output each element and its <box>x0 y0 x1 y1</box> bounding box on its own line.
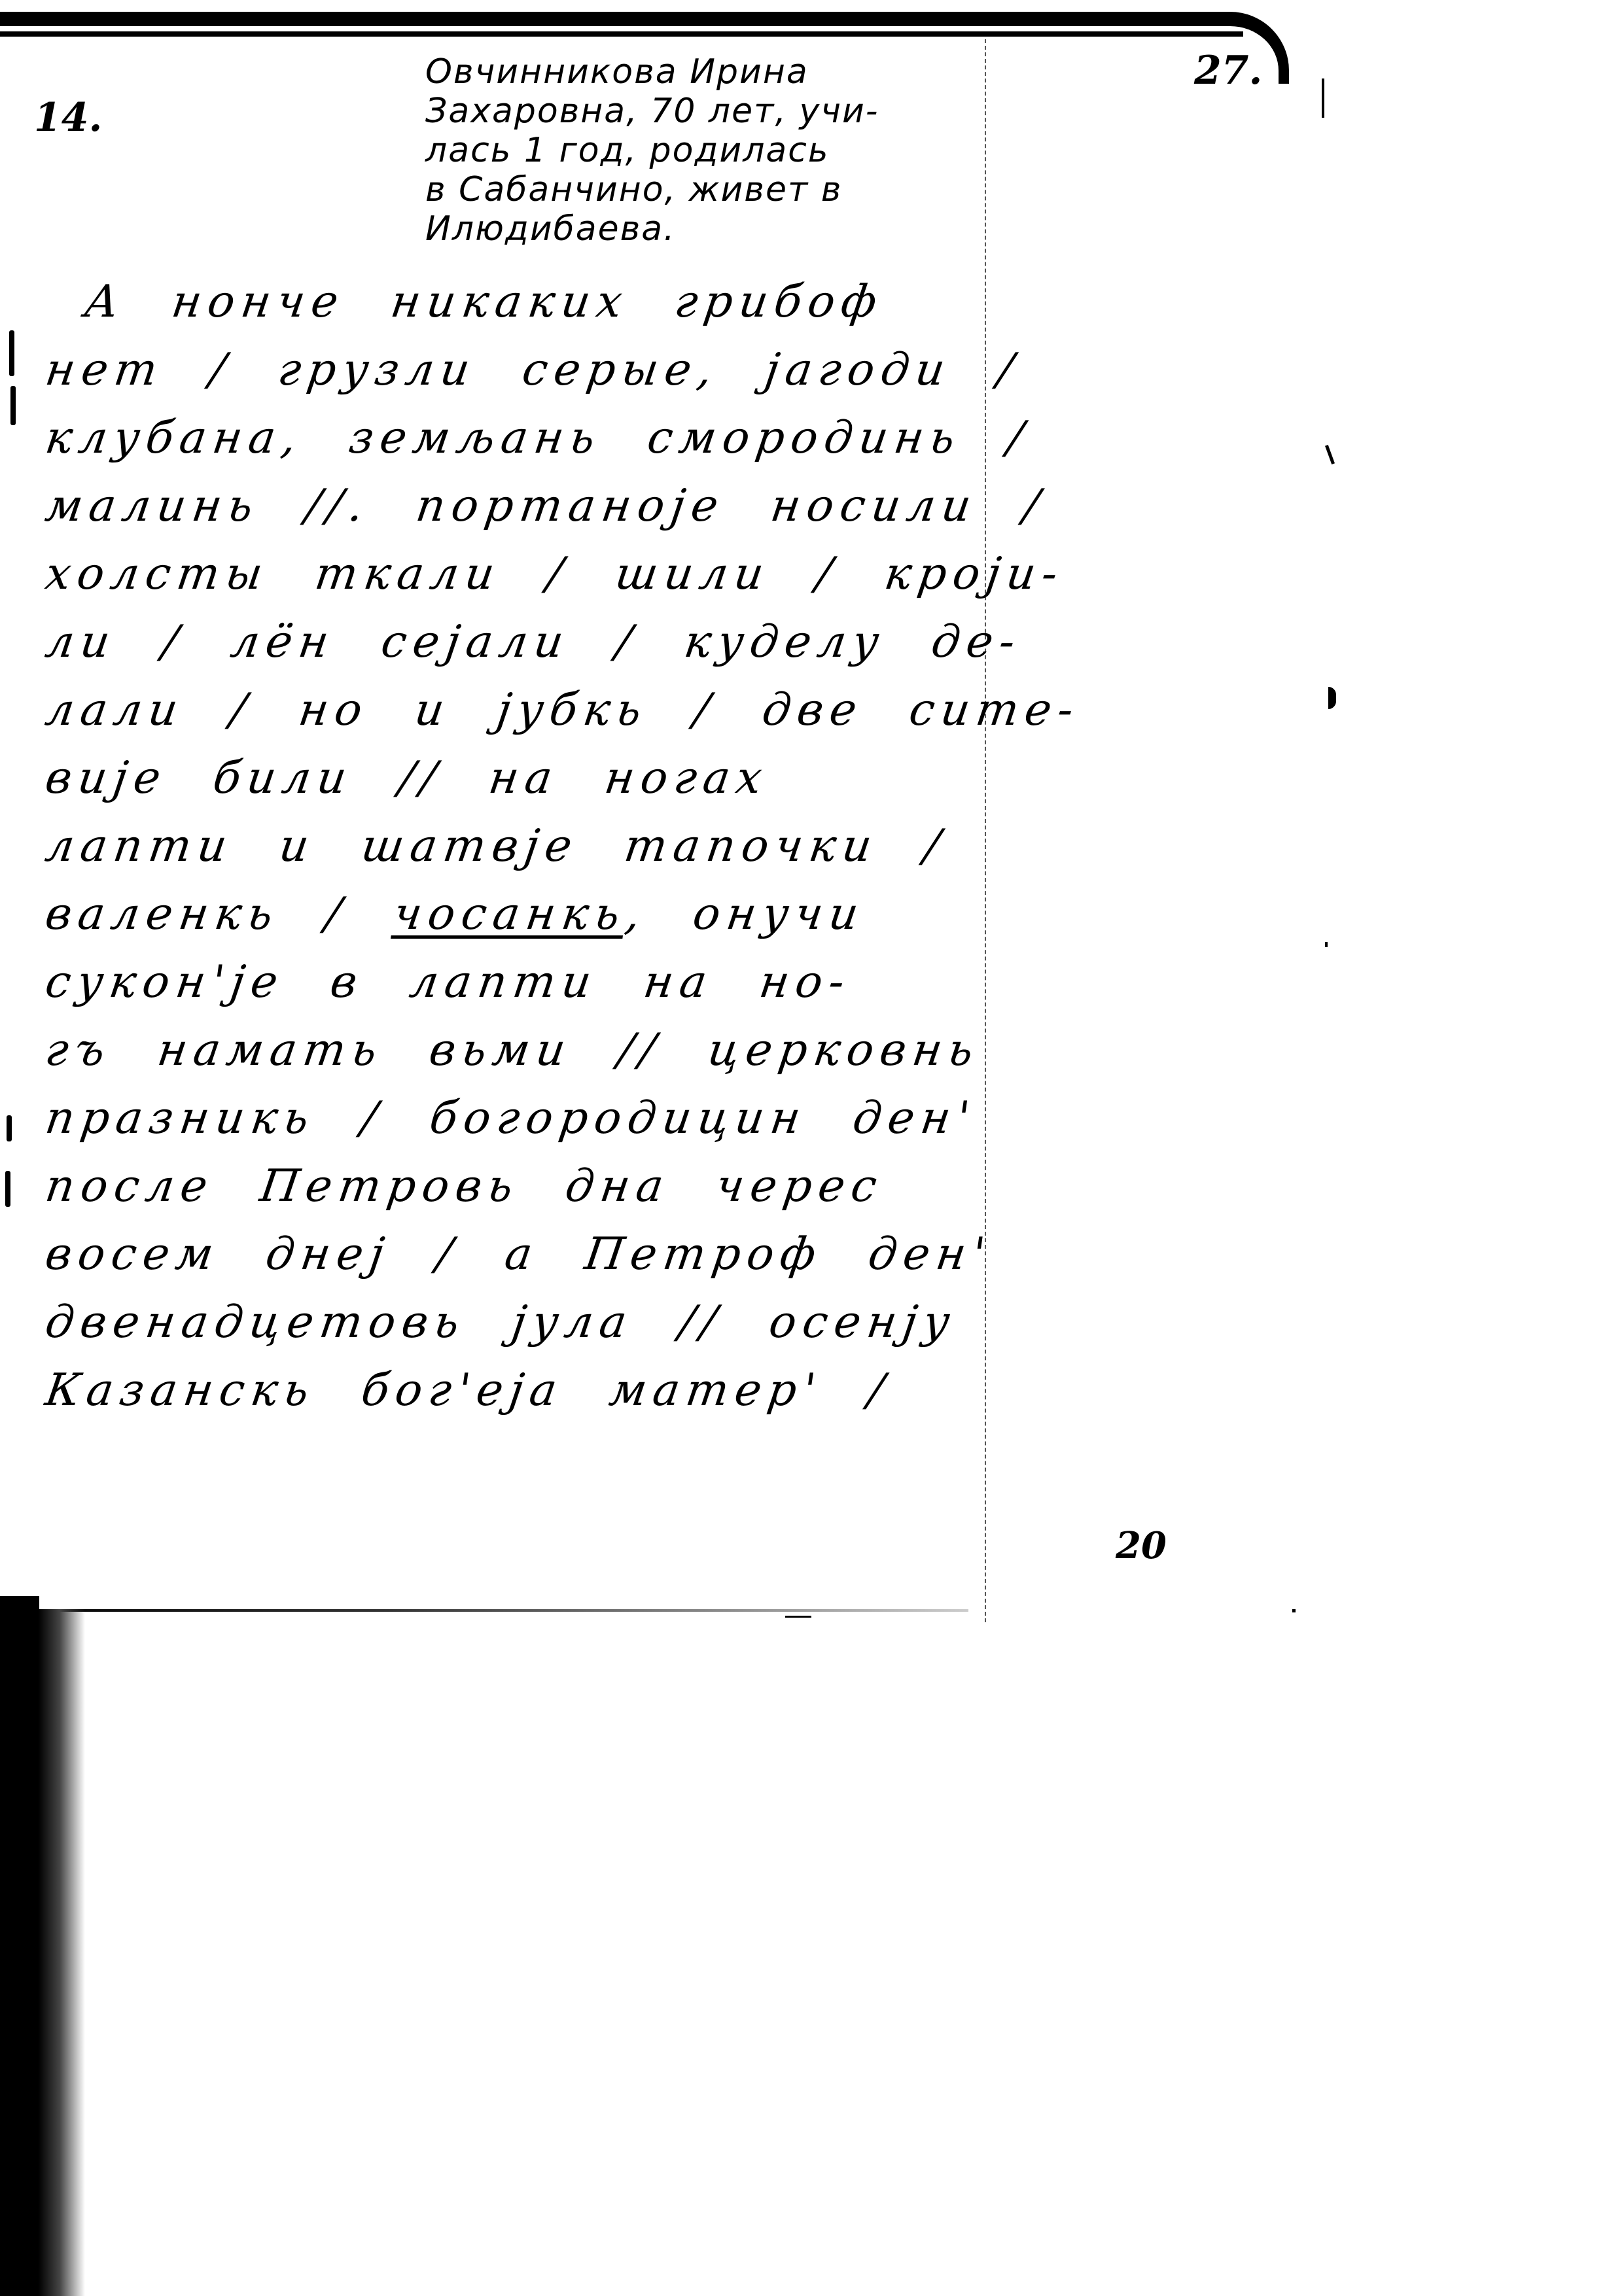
text-line: гъ намать вьми // церковнь <box>41 1017 1006 1085</box>
page-corner-edge <box>1322 78 1324 118</box>
text-line: А нонче никаких грибоф <box>41 268 1006 336</box>
handwritten-transcript: А нонче никаких грибоф нет / грузли серы… <box>46 268 1001 1425</box>
text-fragment: валенкь / <box>43 888 398 940</box>
scan-speck <box>1328 687 1336 709</box>
margin-bracket-mark <box>10 386 16 425</box>
header-line: лась 1 год, родилась <box>425 131 981 170</box>
scan-shadow <box>0 1609 85 2296</box>
header-line: в Сабанчино, живет в <box>425 170 981 209</box>
text-line: сукон'је в лапти на но- <box>41 948 1006 1017</box>
margin-note-number: 20 <box>1116 1524 1167 1567</box>
text-line: восем днеј / а Петроф ден' <box>41 1221 1006 1289</box>
scan-speck <box>1325 942 1328 947</box>
text-line: клубана, земљань смородинь / <box>41 404 1006 472</box>
text-line: лали / но и јубкь / две сите- <box>41 676 1006 744</box>
text-line: холсты ткали / шили / кроји- <box>41 540 1006 608</box>
text-line: малинь //. портаноје носили / <box>41 472 1006 540</box>
text-line: ли / лён сејали / куделу де- <box>41 608 1006 676</box>
scan-speck <box>1325 445 1335 464</box>
underlined-word: чосанкь <box>391 888 629 940</box>
margin-bracket-mark <box>7 1115 12 1141</box>
scan-speck <box>785 1616 811 1618</box>
header-line: Овчинникова Ирина <box>425 52 981 92</box>
margin-bracket-mark <box>5 1171 10 1207</box>
text-line: Казанскь бог'еја матер' / <box>41 1357 1006 1425</box>
text-line: нет / грузли серые, јагоди / <box>41 336 1006 404</box>
text-fragment: , онучи <box>622 888 868 940</box>
header-line: Илюдибаева. <box>425 209 981 249</box>
text-line: валенкь / чосанкь, онучи <box>41 880 1006 948</box>
text-line: вије били // на ногах <box>41 744 1006 812</box>
scan-top-edge-inner <box>0 31 1243 37</box>
text-line: празникь / богородицин ден' <box>41 1085 1006 1153</box>
scan-top-edge <box>0 12 1230 26</box>
page-number-right: 27. <box>1194 51 1262 90</box>
page-bottom-edge <box>0 1609 968 1612</box>
text-line: двенадцетовь јула // осенју <box>41 1289 1006 1357</box>
margin-bracket-mark <box>9 330 14 376</box>
text-line: лапти и шатвје тапочки / <box>41 812 1006 880</box>
informant-header: Овчинникова Ирина Захаровна, 70 лет, учи… <box>425 52 981 249</box>
scan-speck <box>1292 1609 1296 1612</box>
text-line: после Петровь дна черес <box>41 1153 1006 1221</box>
page-number-left: 14. <box>34 98 102 137</box>
header-line: Захаровна, 70 лет, учи- <box>425 92 981 131</box>
